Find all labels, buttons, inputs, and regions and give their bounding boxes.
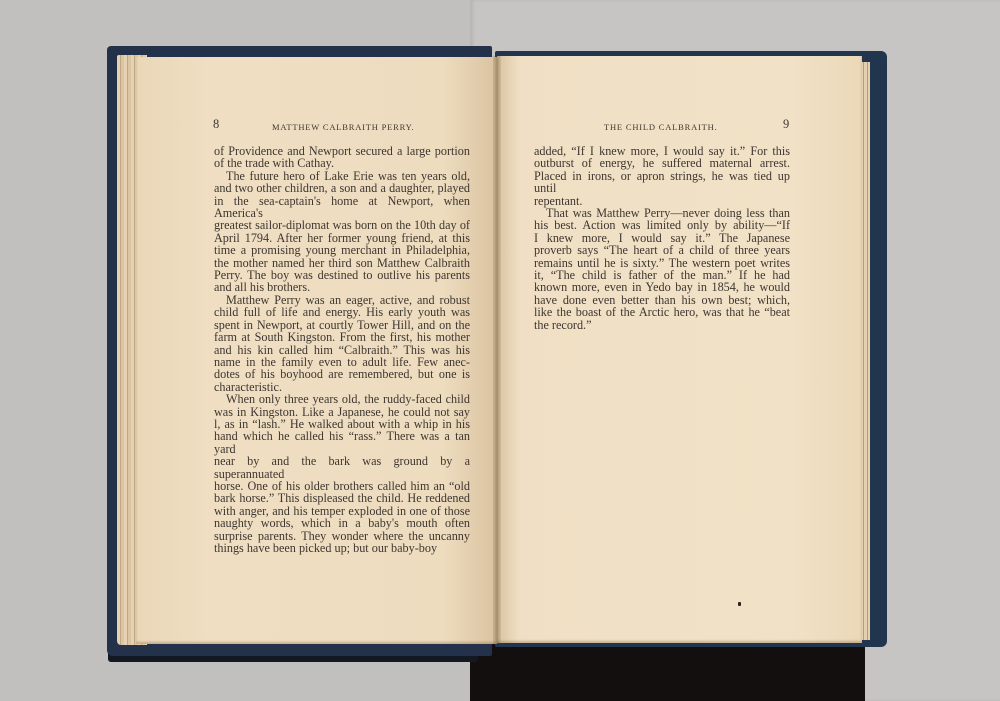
text-line: greatest sailor-diplomat was born on the… [214, 219, 470, 231]
text-line: time a promising young merchant in Phila… [214, 244, 470, 256]
text-line: and all his brothers. [214, 281, 470, 293]
right-page-number: 9 [783, 117, 789, 132]
right-running-head: THE CHILD CALBRAITH. [604, 122, 718, 132]
text-line: farm at South Kingston. From the first, … [214, 331, 470, 343]
text-line: his best. Action was limited only by abi… [534, 219, 790, 231]
text-line: Placed in irons, or apron strings, he wa… [534, 170, 790, 195]
left-page-body: of Providence and Newport secured a larg… [214, 145, 470, 554]
text-line: outburst of energy, he suffered maternal… [534, 157, 790, 169]
text-line: like the boast of the Arctic hero, was t… [534, 306, 790, 318]
ink-speck [738, 602, 741, 606]
text-line: proverb says “The heart of a child of th… [534, 244, 790, 256]
left-page-number: 8 [213, 117, 219, 132]
right-page-body: added, “If I knew more, I would say it.”… [534, 145, 790, 331]
book-gutter [493, 56, 501, 644]
left-running-head: MATTHEW CALBRAITH PERRY. [272, 122, 414, 132]
text-line: known more, even in Yedo bay in 1854, he… [534, 281, 790, 293]
text-line: child full of life and energy. His early… [214, 306, 470, 318]
text-line: the record.” [534, 319, 790, 331]
text-line: bark horse.” This displeased the child. … [214, 492, 470, 504]
book-shadow [470, 644, 865, 701]
text-line: naughty words, which in a baby's mouth o… [214, 517, 470, 529]
text-line: dotes of his boyhood are remembered, but… [214, 368, 470, 380]
text-line: hand which he called his “rass.” There w… [214, 430, 470, 455]
text-line: When only three years old, the ruddy-fac… [214, 393, 470, 405]
text-line: of the trade with Cathay. [214, 157, 470, 169]
text-line: near by and the bark was ground by a sup… [214, 455, 470, 480]
text-line: and two other children, a son and a daug… [214, 182, 470, 194]
text-line: things have been picked up; but our baby… [214, 542, 470, 554]
text-line: in the sea-captain's home at Newport, wh… [214, 195, 470, 220]
